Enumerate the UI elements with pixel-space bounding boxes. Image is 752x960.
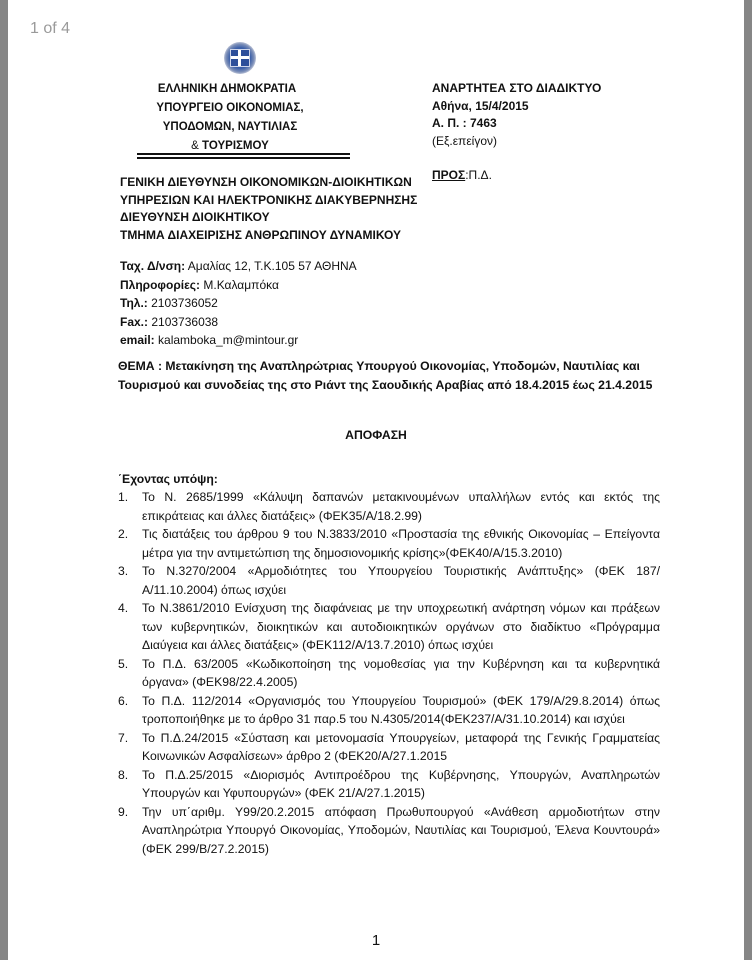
contact-fax: Fax.: 2103736038 [120,313,357,332]
contact-email: email: kalamboka_m@mintour.gr [120,331,357,350]
publish-note: ΑΝΑΡΤΗΤΕΑ ΣΤΟ ΔΙΑΔΙΚΤΥΟ [432,80,601,98]
greek-coat-of-arms-icon [224,42,256,74]
contact-info-person: Πληροφορίες: Μ.Καλαμπόκα [120,276,357,295]
letterhead-line: ΕΛΛΗΝΙΚΗ ΔΗΜΟΚΡΑΤΙΑ [134,80,320,99]
department-block: ΓΕΝΙΚΗ ΔΙΕΥΘΥΝΣΗ ΟΙΚΟΝΟΜΙΚΩΝ-ΔΙΟΙΚΗΤΙΚΩΝ… [120,174,417,244]
letterhead-line: ΥΠΟΥΡΓΕΙΟ ΟΙΚΟΝΟΜΙΑΣ, [140,99,320,118]
department-line: ΔΙΕΥΘΥΝΣΗ ΔΙΟΙΚΗΤΙΚΟΥ [120,209,417,227]
recipient: ΠΡΟΣ:Π.Δ. [432,167,601,185]
list-item: 8.Το Π.Δ.25/2015 «Διορισμός Αντιπροέδρου… [118,766,660,803]
list-item: 3.Το Ν.3270/2004 «Αρμοδιότητες του Υπουρ… [118,562,660,599]
contact-phone: Τηλ.: 2103736052 [120,294,357,313]
department-line: ΤΜΗΜΑ ΔΙΑΧΕΙΡΙΣΗΣ ΑΝΘΡΩΠΙΝΟΥ ΔΥΝΑΜΙΚΟΥ [120,227,417,245]
references-list: 1.Το Ν. 2685/1999 «Κάλυψη δαπανών μετακι… [118,488,660,858]
contact-block: Ταχ. Δ/νση: Αμαλίας 12, Τ.Κ.105 57 ΑΘΗΝΑ… [120,257,357,350]
subject: ΘΕΜΑ : Μετακίνηση της Αναπληρώτριας Υπου… [118,357,658,394]
viewer-left-border [0,0,8,960]
page-indicator: 1 of 4 [30,20,70,38]
department-line: ΓΕΝΙΚΗ ΔΙΕΥΘΥΝΣΗ ΟΙΚΟΝΟΜΙΚΩΝ-ΔΙΟΙΚΗΤΙΚΩΝ [120,174,417,192]
letterhead: ΕΛΛΗΝΙΚΗ ΔΗΜΟΚΡΑΤΙΑ ΥΠΟΥΡΓΕΙΟ ΟΙΚΟΝΟΜΙΑΣ… [140,80,320,156]
viewer-right-border [744,0,752,960]
list-item: 1.Το Ν. 2685/1999 «Κάλυψη δαπανών μετακι… [118,488,660,525]
document-meta: ΑΝΑΡΤΗΤΕΑ ΣΤΟ ΔΙΑΔΙΚΤΥΟ Αθήνα, 15/4/2015… [432,80,601,185]
considering-label: ΄Εχοντας υπόψη: [118,472,218,486]
letterhead-rule [137,157,350,159]
contact-address: Ταχ. Δ/νση: Αμαλίας 12, Τ.Κ.105 57 ΑΘΗΝΑ [120,257,357,276]
letterhead-rule [137,153,350,155]
list-item: 6.Το Π.Δ. 112/2014 «Οργανισμός του Υπουρ… [118,692,660,729]
decision-heading: ΑΠΟΦΑΣΗ [0,428,752,442]
document-date: Αθήνα, 15/4/2015 [432,98,601,116]
page-number: 1 [0,932,752,949]
list-item: 9.Την υπ΄αριθμ. Υ99/20.2.2015 απόφαση Πρ… [118,803,660,859]
department-line: ΥΠΗΡΕΣΙΩΝ ΚΑΙ ΗΛΕΚΤΡΟΝΙΚΗΣ ΔΙΑΚΥΒΕΡΝΗΣΗΣ [120,192,417,210]
list-item: 7.Το Π.Δ.24/2015 «Σύσταση και μετονομασί… [118,729,660,766]
protocol-number: Α. Π. : 7463 [432,115,601,133]
urgency-note: (Εξ.επείγον) [432,133,601,151]
list-item: 2.Τις διατάξεις του άρθρου 9 του Ν.3833/… [118,525,660,562]
list-item: 4.Το Ν.3861/2010 Ενίσχυση της διαφάνειας… [118,599,660,655]
list-item: 5.Το Π.Δ. 63/2005 «Κωδικοποίηση της νομο… [118,655,660,692]
letterhead-line: ΥΠΟΔΟΜΩΝ, ΝΑΥΤΙΛΙΑΣ [140,118,320,137]
